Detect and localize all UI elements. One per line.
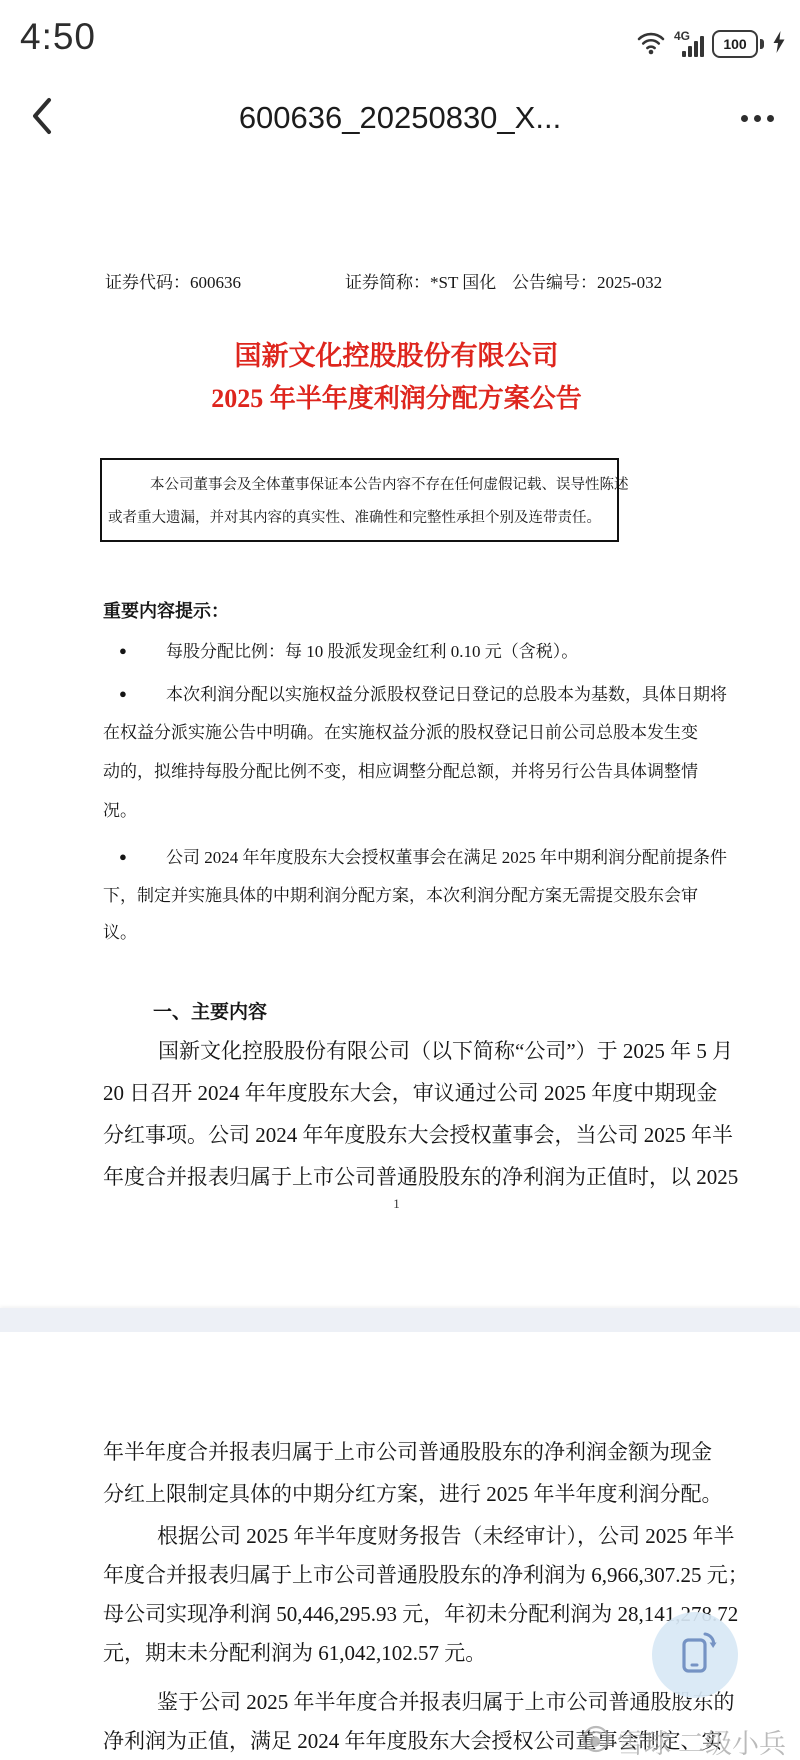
announcement-number: 公告编号：2025-032: [512, 268, 662, 293]
rotate-phone-fab[interactable]: [652, 1612, 738, 1698]
bullet-line: ●每股分配比例：每 10 股派发现金红利 0.10 元（含税）。: [103, 636, 743, 667]
announcement-title: 2025 年半年度利润分配方案公告: [103, 384, 690, 414]
snowball-logo-icon: [582, 1725, 610, 1758]
doc-meta-row: 证券代码：600636 证券简称：*ST 国化 公告编号：2025-032: [0, 268, 800, 294]
section-heading: 一、主要内容: [103, 998, 793, 1028]
body-line: 年半年度合并报表归属于上市公司普通股股东的净利润金额为现金: [103, 1437, 743, 1467]
company-title: 国新文化控股股份有限公司: [103, 341, 690, 371]
body-line: 分红事项。公司 2024 年年度股东大会授权董事会，当公司 2025 年半: [103, 1120, 743, 1150]
watermark-user: 二级小兵: [678, 1722, 786, 1760]
document-title: 600636_20250830_X...: [120, 70, 680, 166]
bullet-dot-icon: ●: [103, 636, 166, 666]
page-separator: [0, 1308, 800, 1332]
bullet-line: ●公司 2024 年年度股东大会授权董事会在满足 2025 年中期利润分配前提条…: [103, 842, 743, 873]
document-page-2: 年半年度合并报表归属于上市公司普通股股东的净利润金额为现金 分红上限制定具体的中…: [0, 1332, 800, 1760]
battery-icon: 100: [712, 30, 764, 58]
bullet-dot-icon: ●: [103, 842, 166, 872]
phone-rotate-icon: [671, 1629, 719, 1682]
signal-bars-icon: [682, 36, 704, 57]
charging-bolt-icon: [772, 30, 786, 59]
bullet-line: ●本次利润分配以实施权益分派股权登记日登记的总股本为基数，具体日期将: [103, 679, 743, 710]
body-line: 分红上限制定具体的中期分红方案，进行 2025 年半年度利润分配。: [103, 1479, 743, 1509]
bullet-line: 况。: [103, 796, 743, 826]
nav-bar: 600636_20250830_X...: [0, 70, 800, 167]
back-button[interactable]: [22, 96, 62, 140]
page-number: 1: [103, 1196, 690, 1212]
disclaimer-line: 或者重大遗漏，并对其内容的真实性、准确性和完整性承担个别及连带责任。: [108, 502, 611, 535]
body-line: 母公司实现净利润 50,446,295.93 元，年初未分配利润为 28,141…: [103, 1599, 743, 1629]
bullet-line: 动的，拟维持每股分配比例不变，相应调整分配总额，并将另行公告具体调整情: [103, 757, 743, 787]
more-options-button[interactable]: [741, 104, 774, 132]
body-line: 国新文化控股股份有限公司（以下简称“公司”）于 2025 年 5 月: [103, 1036, 798, 1066]
body-line: 元，期末未分配利润为 61,042,102.57 元。: [103, 1638, 743, 1668]
body-line: 年度合并报表归属于上市公司普通股股东的净利润为 6,966,307.25 元；: [103, 1560, 743, 1590]
status-bar: 4:50 4G 100: [0, 0, 800, 70]
disclaimer-box: 本公司董事会及全体董事保证本公告内容不存在任何虚假记载、误导性陈述 或者重大遗漏…: [100, 458, 619, 542]
watermark-brand: 雪球: [617, 1722, 671, 1760]
bullet-line: 在权益分派实施公告中明确。在实施权益分派的股权登记日前公司总股本发生变: [103, 718, 743, 748]
wifi-icon: [636, 29, 666, 60]
bullet-line: 议。: [103, 918, 743, 948]
document-page-1: 证券代码：600636 证券简称：*ST 国化 公告编号：2025-032 国新…: [0, 166, 800, 1308]
battery-level-text: 100: [723, 36, 746, 52]
security-code: 证券代码：600636: [105, 268, 241, 293]
watermark: 雪球 二级小兵: [582, 1722, 786, 1760]
more-dots-icon: [741, 115, 748, 122]
signal-strength-icon: 4G: [674, 29, 704, 59]
tips-heading: 重要内容提示：: [103, 596, 743, 626]
disclaimer-line: 本公司董事会及全体董事保证本公告内容不存在任何虚假记载、误导性陈述: [108, 469, 611, 502]
clock-text: 4:50: [20, 16, 96, 58]
security-short-name: 证券简称：*ST 国化: [345, 268, 496, 293]
body-line: 年度合并报表归属于上市公司普通股股东的净利润为正值时，以 2025: [103, 1162, 743, 1192]
body-line: 20 日召开 2024 年年度股东大会，审议通过公司 2025 年度中期现金: [103, 1078, 743, 1108]
back-chevron-icon: [30, 96, 54, 141]
bullet-line: 下，制定并实施具体的中期利润分配方案，本次利润分配方案无需提交股东会审: [103, 881, 743, 911]
body-line: 根据公司 2025 年半年度财务报告（未经审计），公司 2025 年半: [103, 1521, 797, 1551]
bullet-dot-icon: ●: [103, 679, 166, 709]
